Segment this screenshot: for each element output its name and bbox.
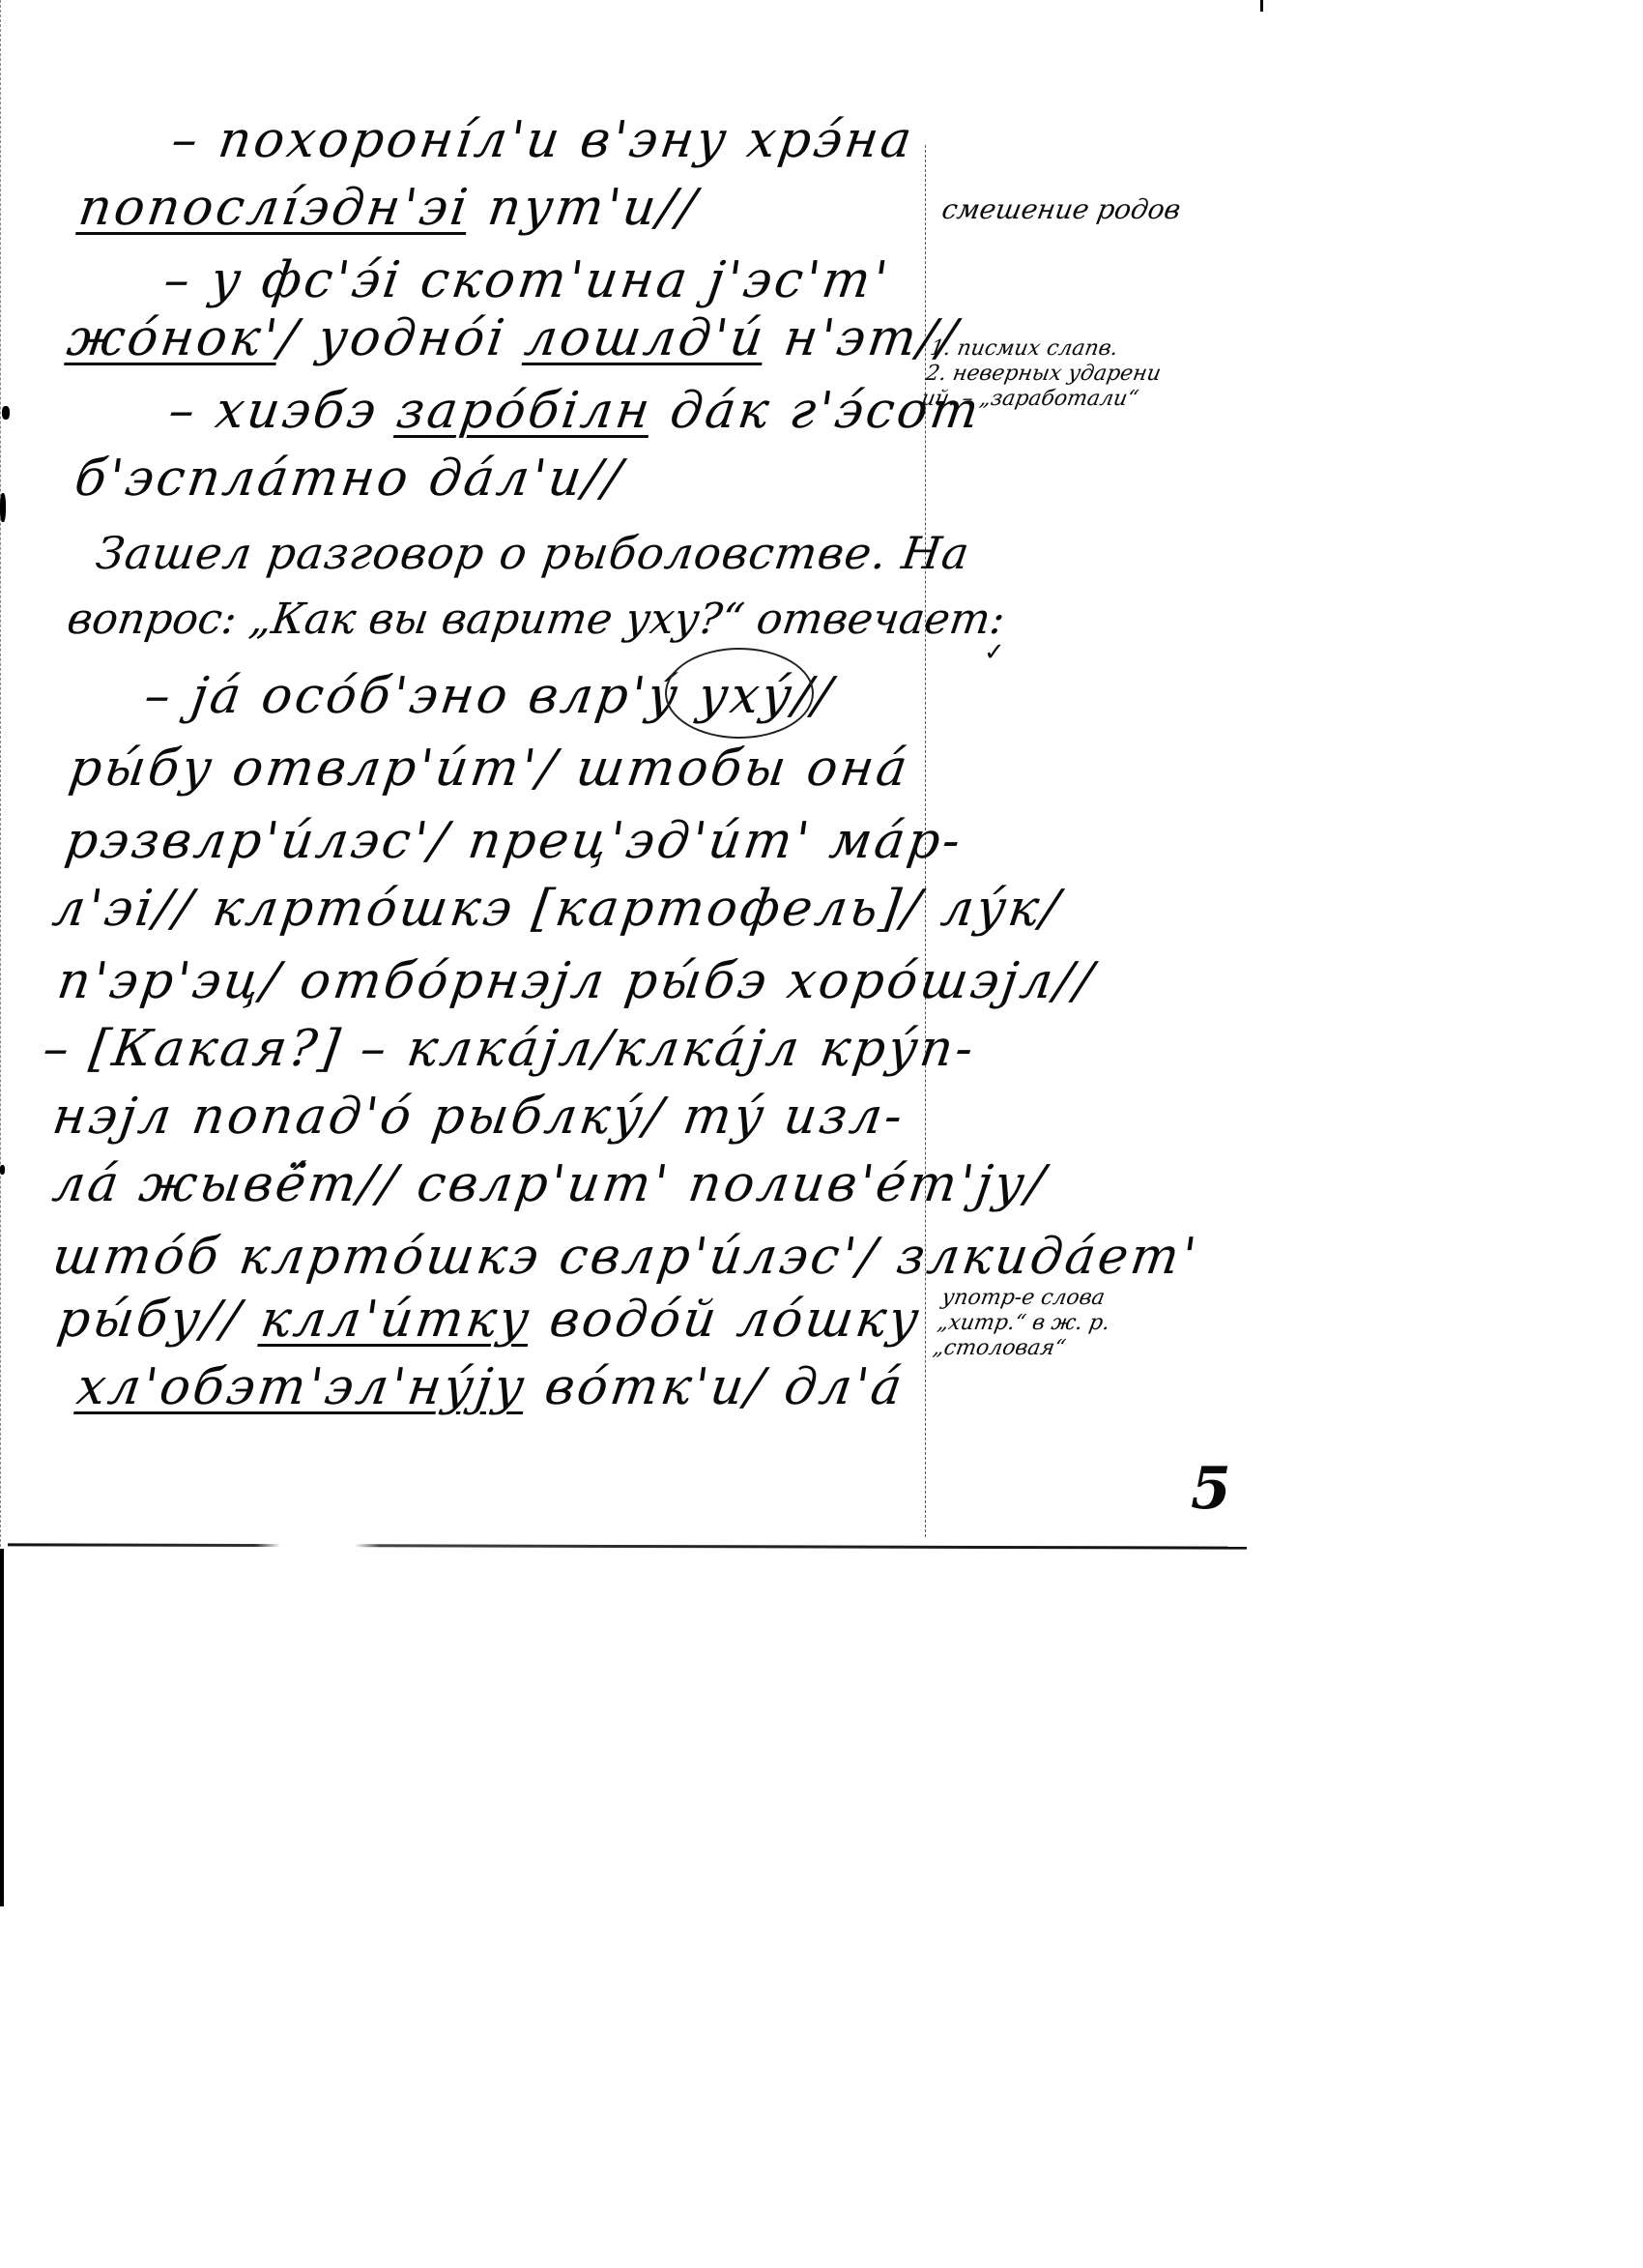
text-line: – хиэбэ зарóбiлн да́к г'э́сот	[165, 382, 985, 440]
text-line: рэзвлр'и́лэс'/ прец'эд'и́т' мáр-	[62, 812, 966, 870]
text-segment: рэзвлр'и́лэс'/ прец'эд'и́т' мáр-	[62, 812, 966, 870]
text-segment: – у фс'э́і скот'ина ј'эс'т'	[160, 251, 894, 309]
text-line: попослíэдн'эі пут'и//	[75, 179, 703, 237]
text-line: хл'обэт'эл'ну́ју вóтк'и/ дл'á	[73, 1358, 908, 1416]
text-line: ры́бу// клл'и́тку водóй лóшку	[54, 1291, 925, 1349]
text-segment: – хиэбэ	[165, 382, 401, 440]
text-line: нэјл попад'ó рыблку́/ тý изл-	[49, 1088, 908, 1146]
text-segment: – похоронíл'и в'эну хрэ́на	[168, 111, 918, 169]
scan-smudge	[0, 1165, 5, 1175]
text-segment: л'эі// клрто́шкэ [картофель]/ лу́к/	[49, 880, 1066, 938]
text-segment: водóй лóшку	[527, 1291, 925, 1349]
text-line: – у фс'э́і скот'ина ј'эс'т'	[160, 251, 894, 309]
underlined-word: хл'обэт'эл'ну́ју	[73, 1358, 531, 1416]
text-segment: што́б клрто́шкэ свлр'и́лэс'/ злкидáет'	[49, 1228, 1202, 1286]
text-line: Зашел разговор о рыболовстве. На	[93, 527, 973, 579]
text-line: што́б клрто́шкэ свлр'и́лэс'/ злкидáет'	[49, 1228, 1202, 1286]
text-segment: – [Какая?] – клкáјл/клкáјл кру́п-	[40, 1020, 980, 1078]
text-segment: нэјл попад'ó рыблку́/ тý изл-	[49, 1088, 908, 1146]
underlined-word: зарóбiлн	[393, 382, 656, 440]
margin-note: употр-е слова „хитр.“ в ж. р. „столовая“	[931, 1286, 1116, 1361]
margin-note-line: 1. писмих слапв.	[928, 336, 1167, 362]
margin-note-line: 2. неверных ударени	[924, 362, 1163, 387]
text-line: – похоронíл'и в'эну хрэ́на	[168, 111, 918, 169]
text-segment: вóтк'и/ дл'á	[523, 1358, 908, 1416]
scan-smudge	[0, 493, 6, 522]
margin-note-line: „хитр.“ в ж. р.	[936, 1311, 1112, 1336]
checkmark-icon: ✓	[984, 638, 1005, 667]
text-line: – [Какая?] – клкáјл/клкáјл кру́п-	[40, 1020, 980, 1078]
page-number: 5	[1191, 1455, 1231, 1523]
text-segment: – ја́ осо́б'эно влр'у́	[141, 667, 703, 725]
page-bottom-edge	[8, 1543, 1247, 1549]
text-line: лá жывё́т// свлр'ит' полив'éт'ју/	[49, 1155, 1051, 1213]
margin-note-text: смешение родов	[939, 193, 1183, 225]
text-line: ры́бу отвлр'и́т'/ штобы онá	[66, 740, 913, 798]
margin-note-line: употр-е слова	[939, 1286, 1116, 1311]
page-left-edge	[0, 0, 4, 1547]
margin-note-line: „столовая“	[931, 1336, 1108, 1361]
scan-corner-mark	[1260, 0, 1263, 12]
text-segment: пут'и//	[466, 179, 703, 237]
text-line: б'эсплáтно да́л'и//	[72, 450, 628, 508]
text-segment: лá жывё́т// свлр'ит' полив'éт'ју/	[49, 1155, 1051, 1213]
text-line: вопрос: „Как вы варите уху?“ отвечает:	[64, 595, 1008, 644]
text-segment: п'эр'эц/ отбо́рнэјл ры́бэ хоро́шэјл//	[54, 952, 1099, 1010]
text-line: жо́нок'/ уодно́і лошлд'и́ н'эт//	[64, 309, 963, 367]
underlined-word: лошлд'и́	[521, 309, 769, 367]
scan-border-bar	[0, 1549, 4, 1906]
underlined-word: клл'и́тку	[257, 1291, 535, 1349]
text-line: п'эр'эц/ отбо́рнэјл ры́бэ хоро́шэјл//	[54, 952, 1099, 1010]
annotation-circle	[665, 648, 814, 739]
text-segment: вопрос: „Как вы варите уху?“ отвечает:	[64, 595, 1008, 644]
margin-note: смешение родов	[939, 193, 1183, 225]
text-segment: ры́бу//	[54, 1291, 266, 1349]
underlined-word: жо́нок'	[64, 309, 284, 367]
text-segment: ры́бу отвлр'и́т'/ штобы онá	[66, 740, 913, 798]
text-segment: / уодно́і	[275, 309, 530, 367]
text-segment: б'эсплáтно да́л'и//	[72, 450, 628, 508]
text-segment: Зашел разговор о рыболовстве. На	[93, 527, 973, 579]
manuscript-page: – похоронíл'и в'эну хрэ́на попослíэдн'эі…	[0, 0, 1247, 1547]
scan-smudge	[2, 406, 10, 420]
text-line: л'эі// клрто́шкэ [картофель]/ лу́к/	[49, 880, 1066, 938]
margin-note-line: ий. – „заработали“	[919, 387, 1158, 412]
underlined-word: попослíэдн'эі	[75, 179, 474, 237]
margin-note: 1. писмих слапв. 2. неверных ударени ий.…	[919, 336, 1167, 412]
